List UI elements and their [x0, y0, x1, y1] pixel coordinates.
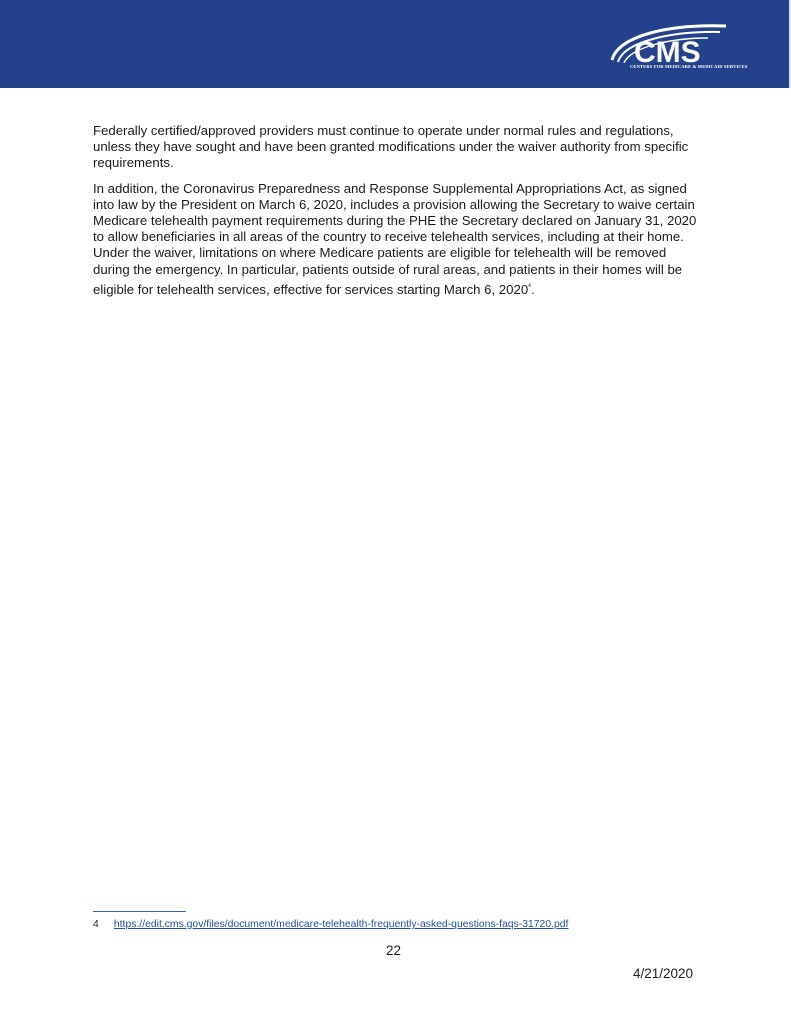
document-body: Federally certified/approved providers m… — [93, 123, 703, 307]
cms-logo-icon: CMS — [608, 22, 758, 66]
document-date: 4/21/2020 — [633, 966, 693, 981]
paragraph-text: Federally certified/approved providers m… — [93, 123, 688, 170]
paragraph-text: In addition, the Coronavirus Preparednes… — [93, 181, 696, 297]
paragraph-telehealth-act: In addition, the Coronavirus Preparednes… — [93, 181, 703, 298]
footnote-separator — [93, 911, 186, 912]
footnote-link[interactable]: https://edit.cms.gov/files/document/medi… — [114, 919, 569, 930]
cms-logo-subtitle: CENTERS FOR MEDICARE & MEDICAID SERVICES — [630, 64, 748, 69]
paragraph-trailing-punctuation: . — [531, 282, 535, 297]
page-number: 22 — [386, 943, 401, 958]
footnote-number: 4 — [93, 919, 111, 930]
paragraph-waiver-rules: Federally certified/approved providers m… — [93, 123, 703, 172]
cms-logo: CMS — [608, 22, 758, 78]
footnote-4: 4 https://edit.cms.gov/files/document/me… — [93, 919, 568, 930]
page-header-banner: CMS CENTERS FOR MEDICARE & MEDICAID SERV… — [0, 0, 791, 88]
svg-text:CMS: CMS — [634, 36, 701, 66]
